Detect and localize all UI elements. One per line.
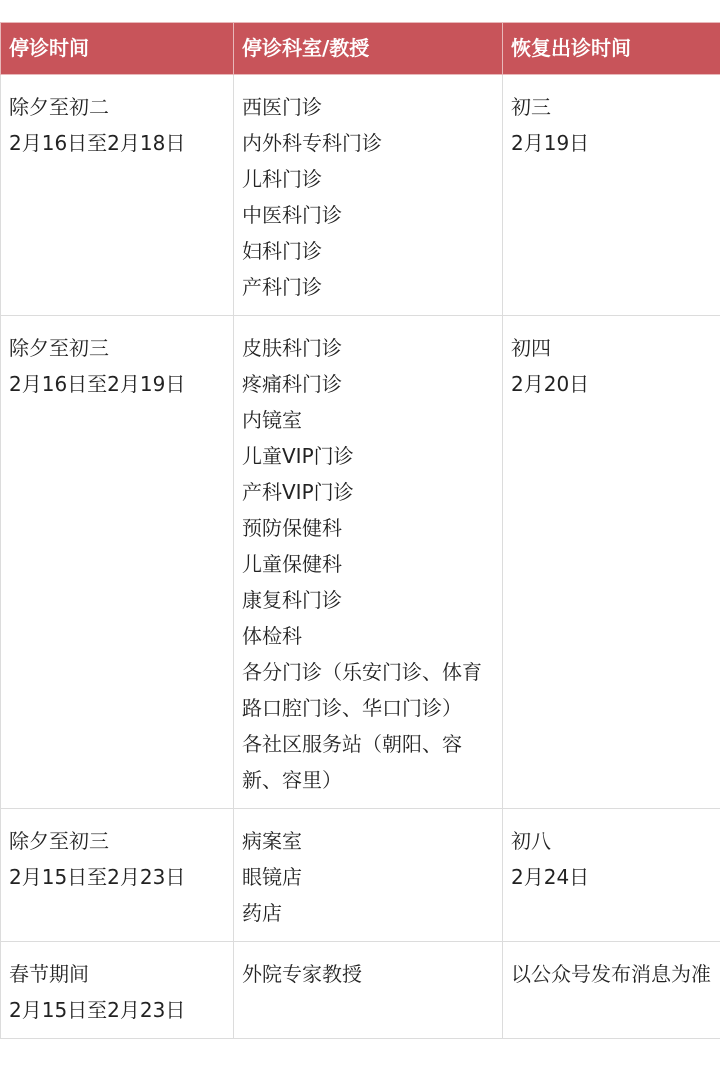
cell-line: 预防保健科 (242, 510, 494, 546)
cell-line: 产科门诊 (242, 269, 494, 305)
header-departments: 停诊科室/教授 (234, 23, 503, 75)
cell-line: 初四 (511, 330, 712, 366)
cell-line: 除夕至初三 (9, 823, 225, 859)
cell-line: 内外科专科门诊 (242, 125, 494, 161)
cell-line: 内镜室 (242, 402, 494, 438)
cell-line: 初三 (511, 89, 712, 125)
cell-line: 皮肤科门诊 (242, 330, 494, 366)
cell-line: 2月16日至2月18日 (9, 125, 225, 161)
cell-line: 2月20日 (511, 366, 712, 402)
departments-cell: 皮肤科门诊疼痛科门诊内镜室儿童VIP门诊产科VIP门诊预防保健科儿童保健科康复科… (234, 316, 503, 809)
table-row: 除夕至初二2月16日至2月18日西医门诊内外科专科门诊儿科门诊中医科门诊妇科门诊… (1, 75, 720, 316)
table-row: 除夕至初三2月15日至2月23日病案室眼镜店药店初八2月24日 (1, 809, 720, 942)
cell-line: 儿童VIP门诊 (242, 438, 494, 474)
cell-line: 体检科 (242, 618, 494, 654)
cell-line: 2月16日至2月19日 (9, 366, 225, 402)
cell-line: 各社区服务站（朝阳、容新、容里） (242, 726, 494, 798)
resume-cell: 初八2月24日 (503, 809, 720, 942)
departments-cell: 外院专家教授 (234, 942, 503, 1039)
cell-line: 产科VIP门诊 (242, 474, 494, 510)
period-cell: 春节期间2月15日至2月23日 (1, 942, 234, 1039)
table-row: 除夕至初三2月16日至2月19日皮肤科门诊疼痛科门诊内镜室儿童VIP门诊产科VI… (1, 316, 720, 809)
header-row: 停诊时间 停诊科室/教授 恢复出诊时间 (1, 23, 720, 75)
cell-line: 外院专家教授 (242, 956, 494, 992)
resume-cell: 初四2月20日 (503, 316, 720, 809)
header-closure-period: 停诊时间 (1, 23, 234, 75)
table-row: 春节期间2月15日至2月23日外院专家教授以公众号发布消息为准 (1, 942, 720, 1039)
period-cell: 除夕至初二2月16日至2月18日 (1, 75, 234, 316)
cell-line: 初八 (511, 823, 712, 859)
cell-line: 2月19日 (511, 125, 712, 161)
cell-line: 2月15日至2月23日 (9, 992, 225, 1028)
cell-line: 药店 (242, 895, 494, 931)
cell-line: 各分门诊（乐安门诊、体育路口腔门诊、华口门诊） (242, 654, 494, 726)
header-resume-time: 恢复出诊时间 (503, 23, 720, 75)
departments-cell: 西医门诊内外科专科门诊儿科门诊中医科门诊妇科门诊产科门诊 (234, 75, 503, 316)
period-cell: 除夕至初三2月16日至2月19日 (1, 316, 234, 809)
clinic-closure-table: 停诊时间 停诊科室/教授 恢复出诊时间 除夕至初二2月16日至2月18日西医门诊… (0, 22, 720, 1039)
resume-cell: 以公众号发布消息为准 (503, 942, 720, 1039)
departments-cell: 病案室眼镜店药店 (234, 809, 503, 942)
cell-line: 疼痛科门诊 (242, 366, 494, 402)
period-cell: 除夕至初三2月15日至2月23日 (1, 809, 234, 942)
cell-line: 儿科门诊 (242, 161, 494, 197)
cell-line: 2月24日 (511, 859, 712, 895)
cell-line: 病案室 (242, 823, 494, 859)
cell-line: 除夕至初二 (9, 89, 225, 125)
cell-line: 康复科门诊 (242, 582, 494, 618)
cell-line: 春节期间 (9, 956, 225, 992)
cell-line: 2月15日至2月23日 (9, 859, 225, 895)
cell-line: 西医门诊 (242, 89, 494, 125)
cell-line: 儿童保健科 (242, 546, 494, 582)
cell-line: 妇科门诊 (242, 233, 494, 269)
cell-line: 除夕至初三 (9, 330, 225, 366)
resume-cell: 初三2月19日 (503, 75, 720, 316)
cell-line: 眼镜店 (242, 859, 494, 895)
cell-line: 中医科门诊 (242, 197, 494, 233)
cell-line: 以公众号发布消息为准 (511, 956, 712, 992)
